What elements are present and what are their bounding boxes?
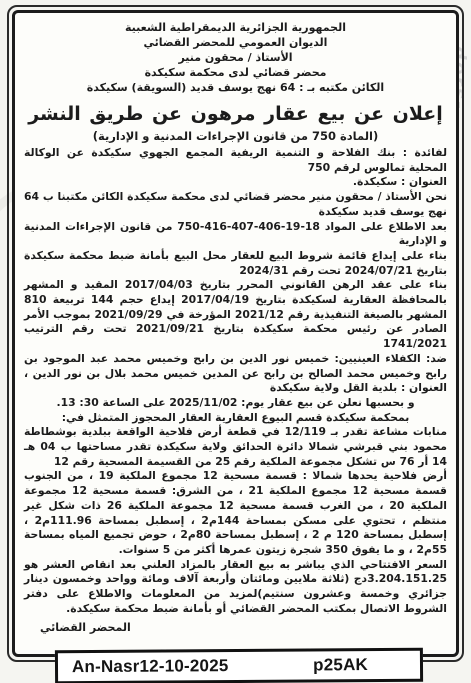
property-bounds-paragraph: أرض فلاحية يحدها شمالا : قسمة مسحية 12 م… — [24, 469, 447, 557]
bailiff-intro-paragraph: نحن الأستاذ / محقون منير محضر قضائي لدى … — [24, 190, 447, 219]
notice-title: إعلان عن بيع عقار مرهون عن طريق النشر — [24, 101, 447, 127]
bailiff-signature: المحضر القضائي — [40, 621, 431, 634]
page-code: p25AK — [313, 655, 368, 675]
articles-paragraph: بعد الاطلاع على المواد 18-19-406-407-416… — [24, 220, 447, 249]
beneficiary-paragraph: لفائدة : بنك الفلاحة و التنمية الريفية ا… — [24, 146, 447, 175]
property-share-paragraph: منابات مشاعة تقدر بـ 12/119 في قطعة أرض … — [24, 425, 447, 469]
office-address-line: الكائن مكتبه بـ : 64 نهج يوسف قديد (السو… — [24, 80, 447, 95]
notice-header: الجمهورية الجزائرية الديمقراطية الشعبية … — [24, 20, 447, 95]
publication-stamp: An-Nasr12-10-2025 p25AK — [55, 648, 423, 683]
deposit-paragraph: بناء على إيداع قائمة شروط البيع للعقار م… — [24, 249, 447, 278]
scan-border-outer: الجمهورية الجزائرية الديمقراطية الشعبية … — [7, 5, 464, 662]
scan-border-inner: الجمهورية الجزائرية الديمقراطية الشعبية … — [12, 10, 459, 657]
court-sale-section-line: بمحكمة سكيكدة قسم البيوع العقارية العقار… — [24, 411, 447, 426]
bailiff-name-line: الأستاذ / محقون منير — [24, 50, 447, 65]
legal-article-reference: (المادة 750 من قانون الإجراءات المدنية و… — [24, 129, 447, 144]
republic-line: الجمهورية الجزائرية الديمقراطية الشعبية — [24, 20, 447, 35]
publication-name: An-Nasr12-10-2025 — [72, 656, 229, 677]
bailiff-office-line: الديوان العمومي للمحضر القضائي — [24, 35, 447, 50]
legal-notice-page: ders- mamoon allqe الجمهورية الجزائرية ا… — [0, 0, 471, 683]
address-line: العنوان : سكيكدة. — [24, 175, 447, 190]
sale-date-line: و بحسبها نعلن عن بيع عقار يوم: 2025/11/0… — [24, 396, 447, 411]
notice-content: الجمهورية الجزائرية الديمقراطية الشعبية … — [15, 13, 456, 654]
opening-price-paragraph: السعر الافتتاحي الذي يباشر به بيع العقار… — [24, 558, 447, 617]
bailiff-role-line: محضر قضائي لدى محكمة سكيكدة — [24, 65, 447, 80]
mortgage-deed-paragraph: بناء على عقد الرهن القانوني المحرر بتاري… — [24, 278, 447, 352]
defendants-paragraph: ضد: الكفلاء العينيين: خميس نور الدين بن … — [24, 352, 447, 396]
